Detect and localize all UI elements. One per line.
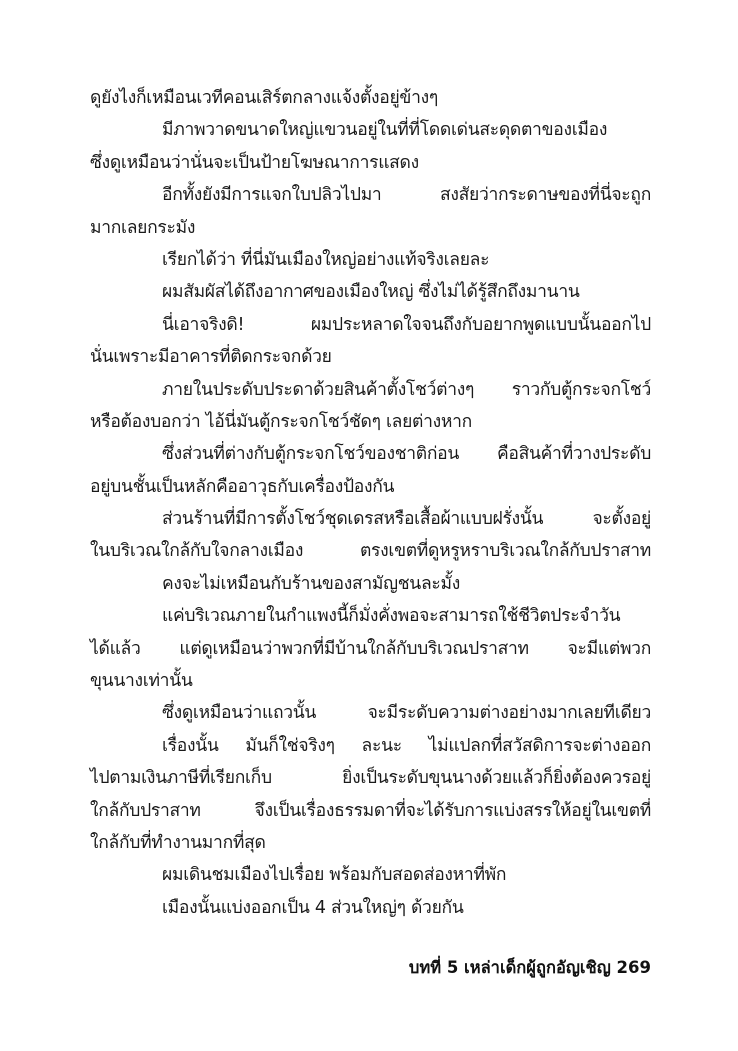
text-line: อยู่บนชั้นเป็นหลักคืออาวุธกับเครื่องป้อง… (90, 471, 651, 503)
text-line: ได้แล้ว แต่ดูเหมือนว่าพวกที่มีบ้านใกล้กั… (90, 633, 651, 665)
page-footer: บทที่ 5 เหล่าเด็กผู้ถูกอัญเชิญ 269 (370, 952, 651, 984)
text-line: ส่วนร้านที่มีการตั้งโชว์ชุดเดรสหรือเสื้อ… (90, 503, 651, 535)
text-line: เมืองนั้นแบ่งออกเป็น 4 ส่วนใหญ่ๆ ด้วยกัน (90, 892, 651, 924)
text-line: ผมเดินชมเมืองไปเรื่อย พร้อมกับสอดส่องหาท… (90, 859, 651, 891)
text-line: ดูยังไงก็เหมือนเวทีคอนเสิร์ตกลางแจ้งตั้ง… (90, 82, 651, 114)
text-line: ซึ่งส่วนที่ต่างกับตู้กระจกโชว์ของชาติก่อ… (90, 438, 651, 470)
text-line: หรือต้องบอกว่า ไอ้นี่มันตู้กระจกโชว์ชัดๆ… (90, 406, 651, 438)
text-line: คงจะไม่เหมือนกับร้านของสามัญชนละมั้ง (90, 568, 651, 600)
text-line: มีภาพวาดขนาดใหญ่แขวนอยู่ในที่ที่โดดเด่นส… (90, 114, 651, 146)
text-line: ผมสัมผัสได้ถึงอากาศของเมืองใหญ่ ซึ่งไม่ไ… (90, 276, 651, 308)
text-line: ภายในประดับประดาด้วยสินค้าตั้งโชว์ต่างๆ … (90, 374, 651, 406)
text-line: เรียกได้ว่า ที่นี่มันเมืองใหญ่อย่างแท้จร… (90, 244, 651, 276)
text-line: ในบริเวณใกล้กับใจกลางเมือง ตรงเขตที่ดูหร… (90, 535, 651, 567)
text-line: มากเลยกระมัง (90, 212, 651, 244)
text-line: ขุนนางเท่านั้น (90, 665, 651, 697)
text-line: เรื่องนั้น มันก็ใช่จริงๆ ละนะ ไม่แปลกที่… (90, 730, 651, 762)
text-line: นั่นเพราะมีอาคารที่ติดกระจกด้วย (90, 341, 651, 373)
text-line: ซึ่งดูเหมือนว่านั่นจะเป็นป้ายโฆษณาการแสด… (90, 147, 651, 179)
text-line: ใกล้กับปราสาท จึงเป็นเรื่องธรรมดาที่จะได… (90, 795, 651, 827)
text-line: ซึ่งดูเหมือนว่าแถวนั้น จะมีระดับความต่าง… (90, 697, 651, 729)
text-line: แค่บริเวณภายในกำแพงนี้ก็มั่งคั่งพอจะสามา… (90, 600, 651, 632)
text-line: อีกทั้งยังมีการแจกใบปลิวไปมา สงสัยว่ากระ… (90, 179, 651, 211)
text-line: ใกล้กับที่ทำงานมากที่สุด (90, 827, 651, 859)
page-body: ดูยังไงก็เหมือนเวทีคอนเสิร์ตกลางแจ้งตั้ง… (90, 82, 651, 924)
text-line: ไปตามเงินภาษีที่เรียกเก็บ ยิ่งเป็นระดับข… (90, 762, 651, 794)
text-line: นี่เอาจริงดิ! ผมประหลาดใจจนถึงกับอยากพูด… (90, 309, 651, 341)
